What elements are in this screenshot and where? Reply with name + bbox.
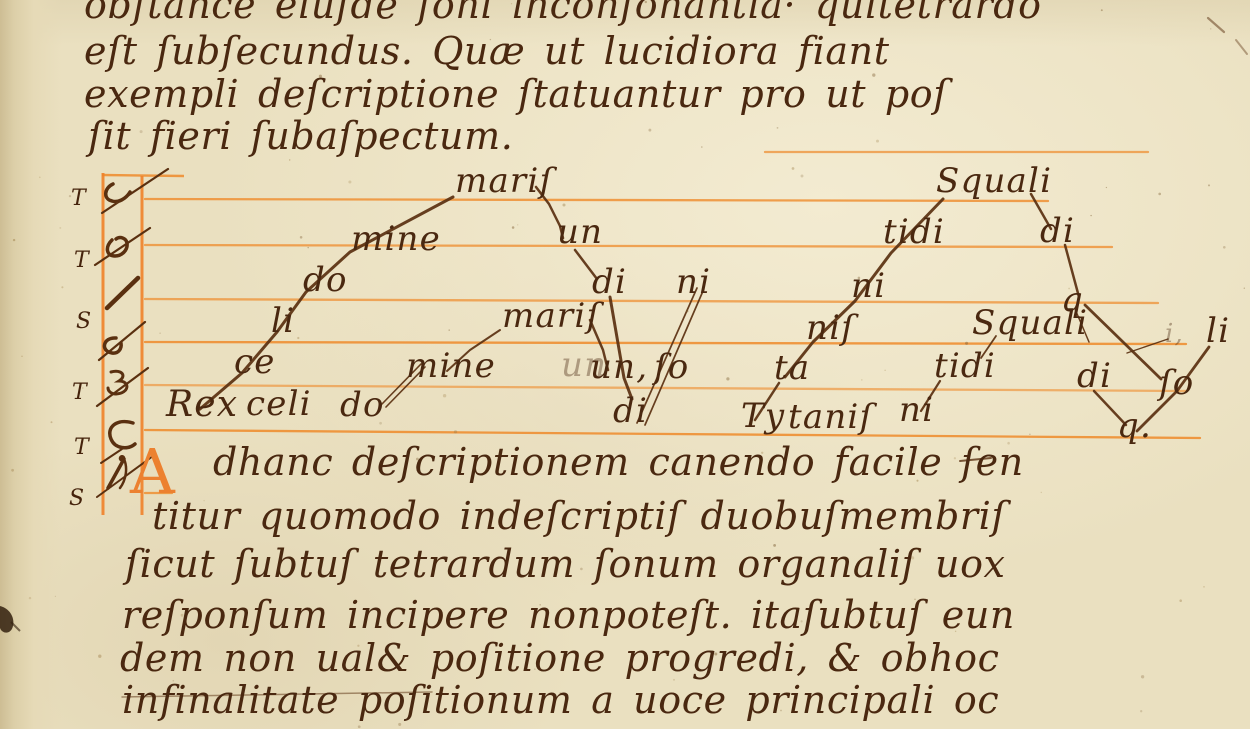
rubricated-initial: A (130, 441, 175, 503)
organum-syllable-principal: ce (234, 345, 276, 379)
parchment-speckle (307, 247, 308, 248)
daseia-sign-3 (107, 278, 138, 308)
parchment-speckle (1106, 187, 1107, 188)
top-paragraph-line: exempli deſcriptione ſtatuantur pro ut p… (84, 75, 948, 113)
parchment-speckle (300, 236, 303, 239)
parchment-speckle (1208, 184, 1210, 186)
parchment-speckle (13, 239, 15, 241)
parchment-speckle (1101, 9, 1103, 11)
parchment-speckle (1203, 586, 1204, 587)
parchment-speckle (358, 725, 361, 728)
bottom-paragraph-line: titur quomodo indeſcriptiſ duobuſmembriſ (152, 497, 1006, 535)
bottom-paragraph-line: dem non ual& poſitione progredi, & obhoc (120, 639, 1000, 677)
organum-syllable-principal: mine (351, 222, 441, 256)
organum-syllable-principal: mariſ (455, 164, 553, 198)
organum-syllable-organal: di (1077, 359, 1112, 393)
parchment-speckle (98, 655, 101, 658)
staff-line (145, 430, 1200, 438)
parchment-speckle (876, 140, 879, 143)
interval-label: T (74, 250, 89, 272)
organum-syllable-principal: li (271, 304, 295, 338)
parchment-speckle (1210, 28, 1212, 30)
daseia-sign-2-stroke (107, 238, 127, 256)
neume-stroke (1236, 40, 1247, 54)
organum-syllable-organal: q. (1117, 409, 1152, 443)
parchment-speckle (1141, 675, 1144, 678)
organum-syllable-organal: di (613, 394, 648, 428)
bottom-paragraph-line: reſponſum incipere nonpoteſt. itaſubtuſ … (122, 596, 1015, 634)
organum-syllable-principal: ta (774, 351, 810, 385)
parchment-speckle (1179, 599, 1182, 602)
parchment-speckle (59, 227, 61, 229)
bottom-paragraph-line: ſicut ſubtuſ tetrardum ſonum organaliſ u… (125, 545, 1006, 583)
organum-syllable-principal: un (557, 215, 603, 249)
top-paragraph-line: ſit fieri ſubaſpectum. (88, 117, 513, 155)
parchment-speckle (159, 333, 160, 334)
top-paragraph-line: eſt ſubſecundus. Quæ ut lucidiora fiant (84, 32, 890, 70)
daseia-sign-5 (97, 368, 148, 406)
interval-label: S (76, 311, 92, 333)
organum-syllable-organal: do (340, 388, 385, 422)
parchment-speckle (965, 342, 968, 345)
interval-label: T (71, 188, 86, 210)
parchment-speckle (29, 597, 31, 599)
parchment-speckle (1029, 434, 1030, 435)
organum-syllable-organal: ſo (654, 350, 689, 384)
parchment-speckle (443, 394, 446, 397)
parchment-speckle (55, 596, 56, 597)
parchment-speckle (39, 177, 41, 179)
neume-stroke (1208, 18, 1224, 32)
column-top-bar (102, 175, 184, 176)
manuscript-page: obſtance eiuſdē ſoni inconſonantia· quit… (0, 0, 1250, 729)
parchment-speckle (777, 127, 779, 129)
parchment-speckle (448, 329, 449, 330)
parchment-speckle (1158, 193, 1161, 196)
organum-syllable-organal: tidi (934, 349, 996, 383)
organum-syllable-shared: ſo (1159, 366, 1194, 400)
organum-syllable-organal: taniſ (788, 400, 873, 434)
parchment-speckle (512, 226, 515, 229)
organum-syllable-organal: Rex (166, 387, 238, 423)
parchment-speckle (398, 723, 401, 726)
interval-label: T (72, 382, 87, 404)
page-edge-ink-blot (0, 606, 13, 633)
staff-line (145, 199, 1048, 201)
parchment-speckle (517, 224, 518, 225)
parchment-speckle (51, 421, 53, 423)
parchment-speckle (1223, 246, 1226, 249)
organum-syllable-principal: di (1040, 214, 1075, 248)
parchment-speckle (454, 430, 457, 433)
organum-syllable-organal: mine (406, 349, 496, 383)
parchment-speckle (1244, 288, 1245, 289)
parchment-speckle (792, 167, 795, 170)
parchment-speckle (11, 469, 14, 472)
organum-syllable-organal: Ty (741, 399, 785, 433)
daseia-sign-1-stroke (106, 184, 130, 202)
organum-syllable-principal: Squali (936, 164, 1052, 198)
organum-syllable-organal: ni (899, 393, 934, 427)
parchment-speckle (884, 370, 885, 371)
parchment-speckle (861, 379, 863, 381)
parchment-speckle (801, 175, 804, 178)
organum-syllable-shared: li (1206, 314, 1230, 348)
interval-label: S (69, 488, 85, 510)
organum-syllable-principal: ni (851, 269, 886, 303)
organum-syllable-organal: un, (590, 350, 648, 384)
parchment-speckle (648, 129, 651, 132)
organum-syllable-principal: tidi (883, 215, 945, 249)
bottom-paragraph-line: dhanc deſcriptionem canendo facile ſen (213, 443, 1024, 481)
organum-syllable-organal: mariſ (502, 299, 600, 333)
parchment-speckle (348, 180, 351, 183)
organum-syllable-principal: do (303, 263, 348, 297)
parchment-speckle (297, 337, 299, 339)
organum-syllable-principal: niſ (806, 311, 855, 345)
organum-syllable-principal: di (592, 265, 627, 299)
parchment-speckle (289, 159, 290, 160)
parchment-speckle (1090, 215, 1091, 216)
parchment-speckle (726, 377, 729, 380)
parchment-speckle (686, 310, 689, 313)
parchment-speckle (562, 203, 565, 206)
parchment-speckle (701, 146, 703, 148)
daseia-sign-4 (99, 322, 145, 360)
daseia-sign-3-stroke (107, 278, 138, 308)
staff-line (145, 245, 1112, 247)
neume-stroke (1127, 339, 1168, 353)
organum-syllable-organal: celi (246, 387, 312, 421)
interval-label: T (74, 437, 89, 459)
parchment-speckle (1140, 710, 1142, 712)
parchment-speckle (21, 356, 22, 357)
top-paragraph-line: obſtance eiuſdē ſoni inconſonantia· quit… (84, 0, 1042, 24)
organum-syllable-principal: q (1061, 283, 1084, 317)
parchment-speckle (116, 202, 118, 204)
parchment-speckle (61, 286, 63, 288)
organum-syllable-principal: ni (676, 265, 711, 299)
organum-syllable-shared: i, (1165, 321, 1184, 347)
bottom-paragraph-line: infinalitate poſitionum a uoce principal… (122, 681, 999, 719)
parchment-speckle (1041, 492, 1042, 493)
daseia-sign-4-stroke (104, 338, 121, 353)
